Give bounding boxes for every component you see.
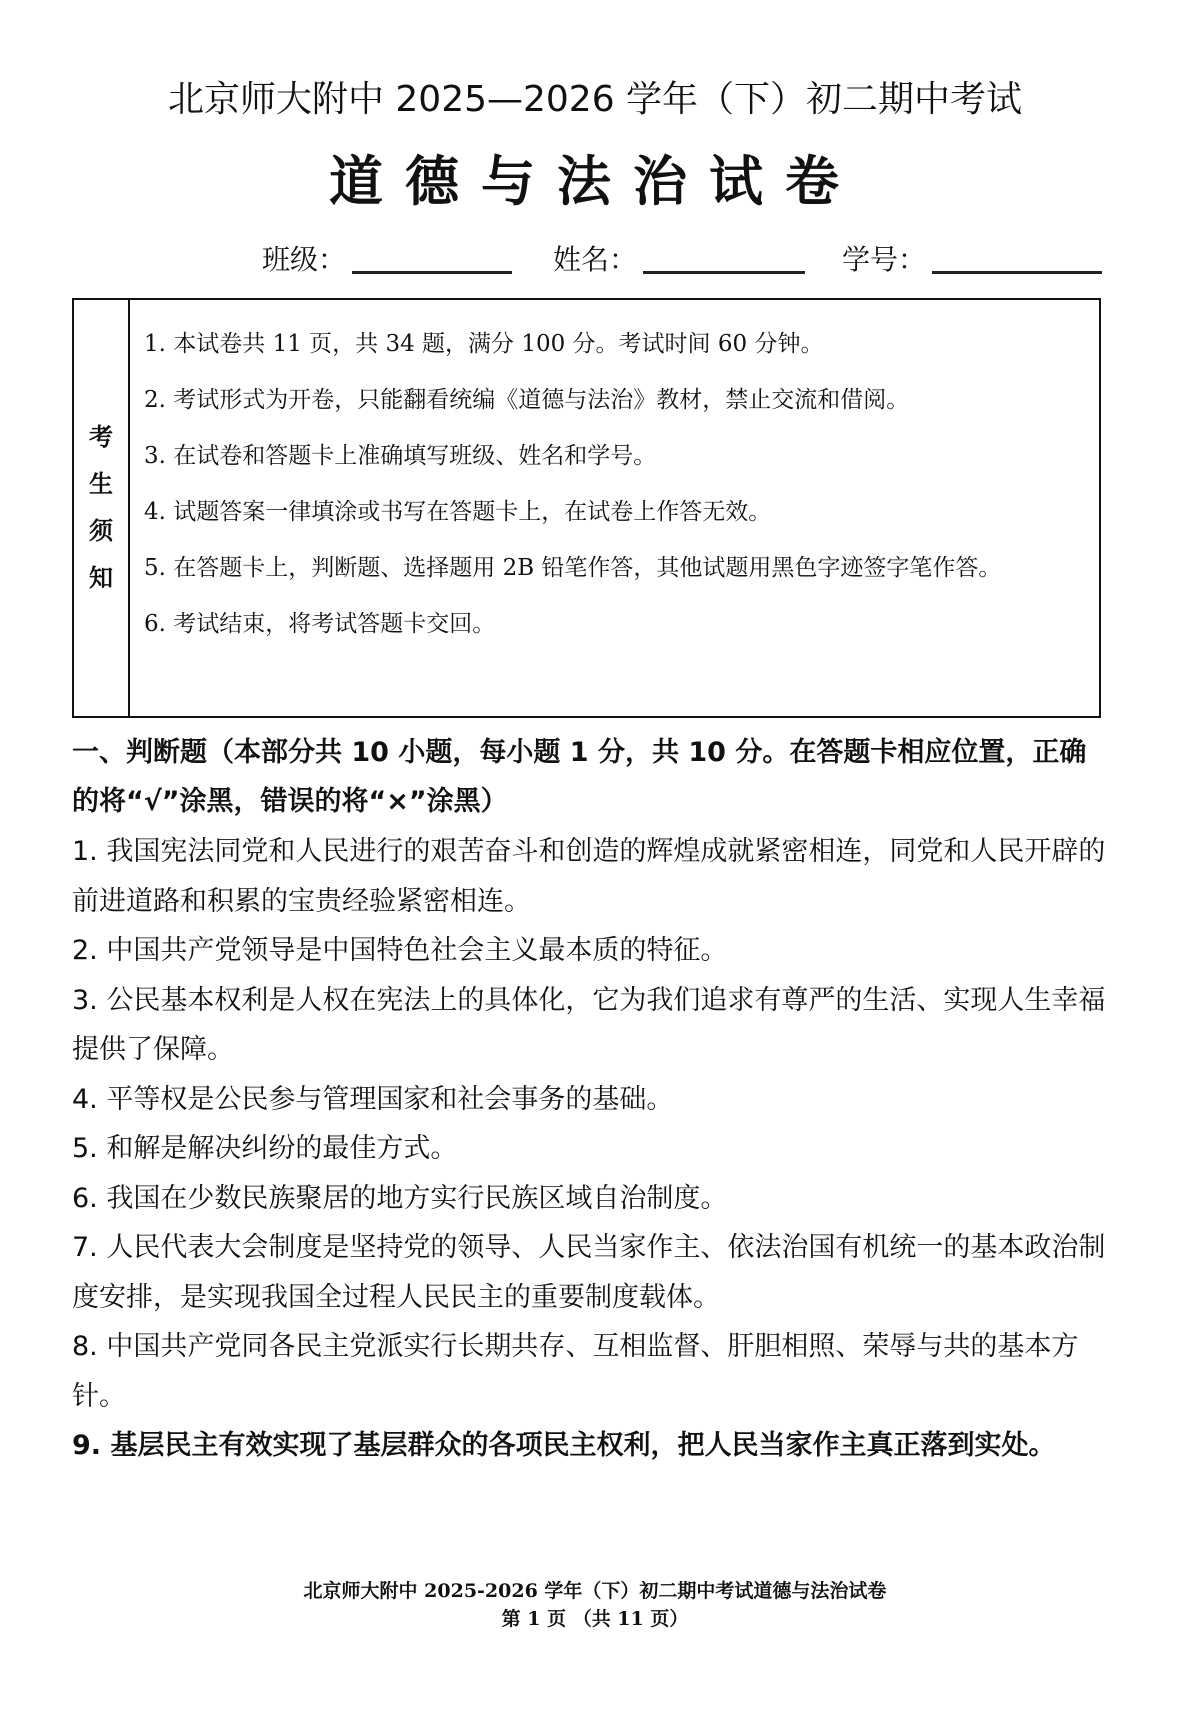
name-label: 姓名： [553, 240, 637, 280]
student-info-row: 班级： 姓名： 学号： [0, 240, 1190, 284]
candidate-notice-box: 考 生 须 知 1. 本试卷共 11 页，共 34 题，满分 100 分。考试时… [72, 298, 1101, 718]
student-id-field[interactable]: 学号： [842, 240, 1102, 280]
notice-item: 3. 在试卷和答题卡上准确填写班级、姓名和学号。 [144, 428, 1099, 484]
page-number: 第 1 页 （共 11 页） [0, 1605, 1190, 1633]
notice-label-char: 生 [89, 461, 113, 508]
question-item: 1. 我国宪法同党和人民进行的艰苦奋斗和创造的辉煌成就紧密相连，同党和人民开辟的… [72, 827, 1112, 926]
question-item: 2. 中国共产党领导是中国特色社会主义最本质的特征。 [72, 926, 1112, 976]
notice-item: 5. 在答题卡上，判断题、选择题用 2B 铅笔作答，其他试题用黑色字迹签字笔作答… [144, 540, 1074, 596]
question-item: 3. 公民基本权利是人权在宪法上的具体化，它为我们追求有尊严的生活、实现人生幸福… [72, 976, 1112, 1075]
question-item: 9. 基层民主有效实现了基层群众的各项民主权利，把人民当家作主真正落到实处。 [72, 1421, 1112, 1471]
school-exam-title: 北京师大附中 2025—2026 学年（下）初二期中考试 [0, 78, 1190, 122]
notice-label-char: 须 [89, 508, 113, 555]
page-footer: 北京师大附中 2025-2026 学年（下）初二期中考试道德与法治试卷 第 1 … [0, 1577, 1190, 1633]
student-id-blank[interactable] [932, 271, 1102, 274]
notice-label-char: 知 [89, 555, 113, 602]
notice-item: 2. 考试形式为开卷，只能翻看统编《道德与法治》教材，禁止交流和借阅。 [144, 372, 1099, 428]
student-id-label: 学号： [842, 240, 926, 280]
section-heading-true-false: 一、判断题（本部分共 10 小题，每小题 1 分，共 10 分。在答题卡相应位置… [72, 728, 1112, 826]
question-item: 5. 和解是解决纠纷的最佳方式。 [72, 1124, 1112, 1174]
paper-title: 道德与法治试卷 [0, 148, 1190, 216]
notice-item: 4. 试题答案一律填涂或书写在答题卡上，在试卷上作答无效。 [144, 484, 1099, 540]
exam-page: 北京师大附中 2025—2026 学年（下）初二期中考试 道德与法治试卷 班级：… [0, 0, 1190, 1722]
name-blank[interactable] [643, 271, 805, 274]
name-field[interactable]: 姓名： [553, 240, 805, 280]
notice-item: 1. 本试卷共 11 页，共 34 题，满分 100 分。考试时间 60 分钟。 [144, 316, 1099, 372]
footer-title: 北京师大附中 2025-2026 学年（下）初二期中考试道德与法治试卷 [0, 1577, 1190, 1605]
question-item: 7. 人民代表大会制度是坚持党的领导、人民当家作主、依法治国有机统一的基本政治制… [72, 1223, 1112, 1322]
notice-label: 考 生 须 知 [74, 300, 130, 716]
class-blank[interactable] [352, 271, 512, 274]
question-item: 6. 我国在少数民族聚居的地方实行民族区域自治制度。 [72, 1174, 1112, 1224]
question-item: 8. 中国共产党同各民主党派实行长期共存、互相监督、肝胆相照、荣辱与共的基本方针… [72, 1322, 1112, 1421]
notice-item: 6. 考试结束，将考试答题卡交回。 [144, 596, 1099, 652]
notice-label-char: 考 [89, 414, 113, 461]
class-label: 班级： [262, 240, 346, 280]
notice-items: 1. 本试卷共 11 页，共 34 题，满分 100 分。考试时间 60 分钟。… [130, 300, 1099, 716]
class-field[interactable]: 班级： [262, 240, 512, 280]
question-list: 1. 我国宪法同党和人民进行的艰苦奋斗和创造的辉煌成就紧密相连，同党和人民开辟的… [72, 827, 1112, 1471]
question-item: 4. 平等权是公民参与管理国家和社会事务的基础。 [72, 1075, 1112, 1125]
